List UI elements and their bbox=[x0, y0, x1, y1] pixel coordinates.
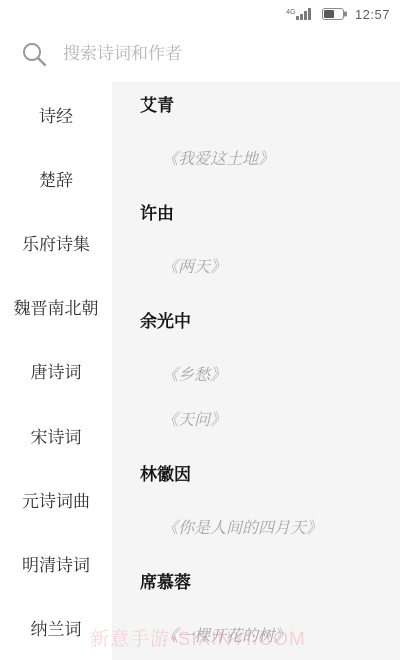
battery-nub bbox=[344, 12, 347, 17]
sidebar-item-nalan[interactable]: 纳兰词 bbox=[0, 596, 112, 660]
battery-fill bbox=[324, 10, 334, 18]
sidebar-item-chuci[interactable]: 楚辞 bbox=[0, 146, 112, 210]
sidebar-item-weijin[interactable]: 魏晋南北朝 bbox=[0, 275, 112, 339]
battery-icon bbox=[322, 8, 344, 20]
search-input[interactable] bbox=[63, 44, 343, 64]
poem-row[interactable]: 《天问》 bbox=[162, 409, 400, 433]
status-time: 12:57 bbox=[355, 7, 390, 22]
cellular-signal-icon: 4G bbox=[286, 8, 311, 20]
sidebar-item-shijing[interactable]: 诗经 bbox=[0, 82, 112, 146]
poem-row[interactable]: 《乡愁》 bbox=[162, 364, 400, 388]
author-row[interactable]: 林徽因 bbox=[140, 463, 400, 487]
sidebar-item-song[interactable]: 宋诗词 bbox=[0, 403, 112, 467]
app-screen: 4G 12:57 诗经 楚辞 乐府诗集 魏晋南北朝 唐诗词 宋诗词 元诗词曲 明… bbox=[0, 0, 400, 660]
poem-row[interactable]: 《两天》 bbox=[162, 256, 400, 280]
poem-row[interactable]: 《一棵开花的树》 bbox=[162, 625, 400, 649]
author-row[interactable]: 许由 bbox=[140, 202, 400, 226]
author-row[interactable]: 艾青 bbox=[140, 94, 400, 118]
poem-list: 艾青 《我爱这土地》 许由 《两天》 余光中 《乡愁》 《天问》 林徽因 《你是… bbox=[112, 82, 400, 660]
sidebar-item-yuefu[interactable]: 乐府诗集 bbox=[0, 210, 112, 274]
search-bar[interactable] bbox=[0, 26, 400, 82]
search-icon bbox=[21, 41, 48, 68]
status-bar: 4G 12:57 bbox=[0, 0, 400, 26]
app-body: 诗经 楚辞 乐府诗集 魏晋南北朝 唐诗词 宋诗词 元诗词曲 明清诗词 纳兰词 艾… bbox=[0, 82, 400, 660]
sidebar-item-tang[interactable]: 唐诗词 bbox=[0, 339, 112, 403]
sidebar-item-mingqing[interactable]: 明清诗词 bbox=[0, 532, 112, 596]
signal-bars-icon bbox=[296, 8, 311, 20]
sidebar-item-yuan[interactable]: 元诗词曲 bbox=[0, 467, 112, 531]
author-row[interactable]: 席慕蓉 bbox=[140, 571, 400, 595]
poem-row[interactable]: 《我爱这土地》 bbox=[162, 148, 400, 172]
category-sidebar: 诗经 楚辞 乐府诗集 魏晋南北朝 唐诗词 宋诗词 元诗词曲 明清诗词 纳兰词 bbox=[0, 82, 112, 660]
author-row[interactable]: 余光中 bbox=[140, 310, 400, 334]
poem-row[interactable]: 《你是人间的四月天》 bbox=[162, 517, 400, 541]
network-type-label: 4G bbox=[286, 9, 295, 16]
